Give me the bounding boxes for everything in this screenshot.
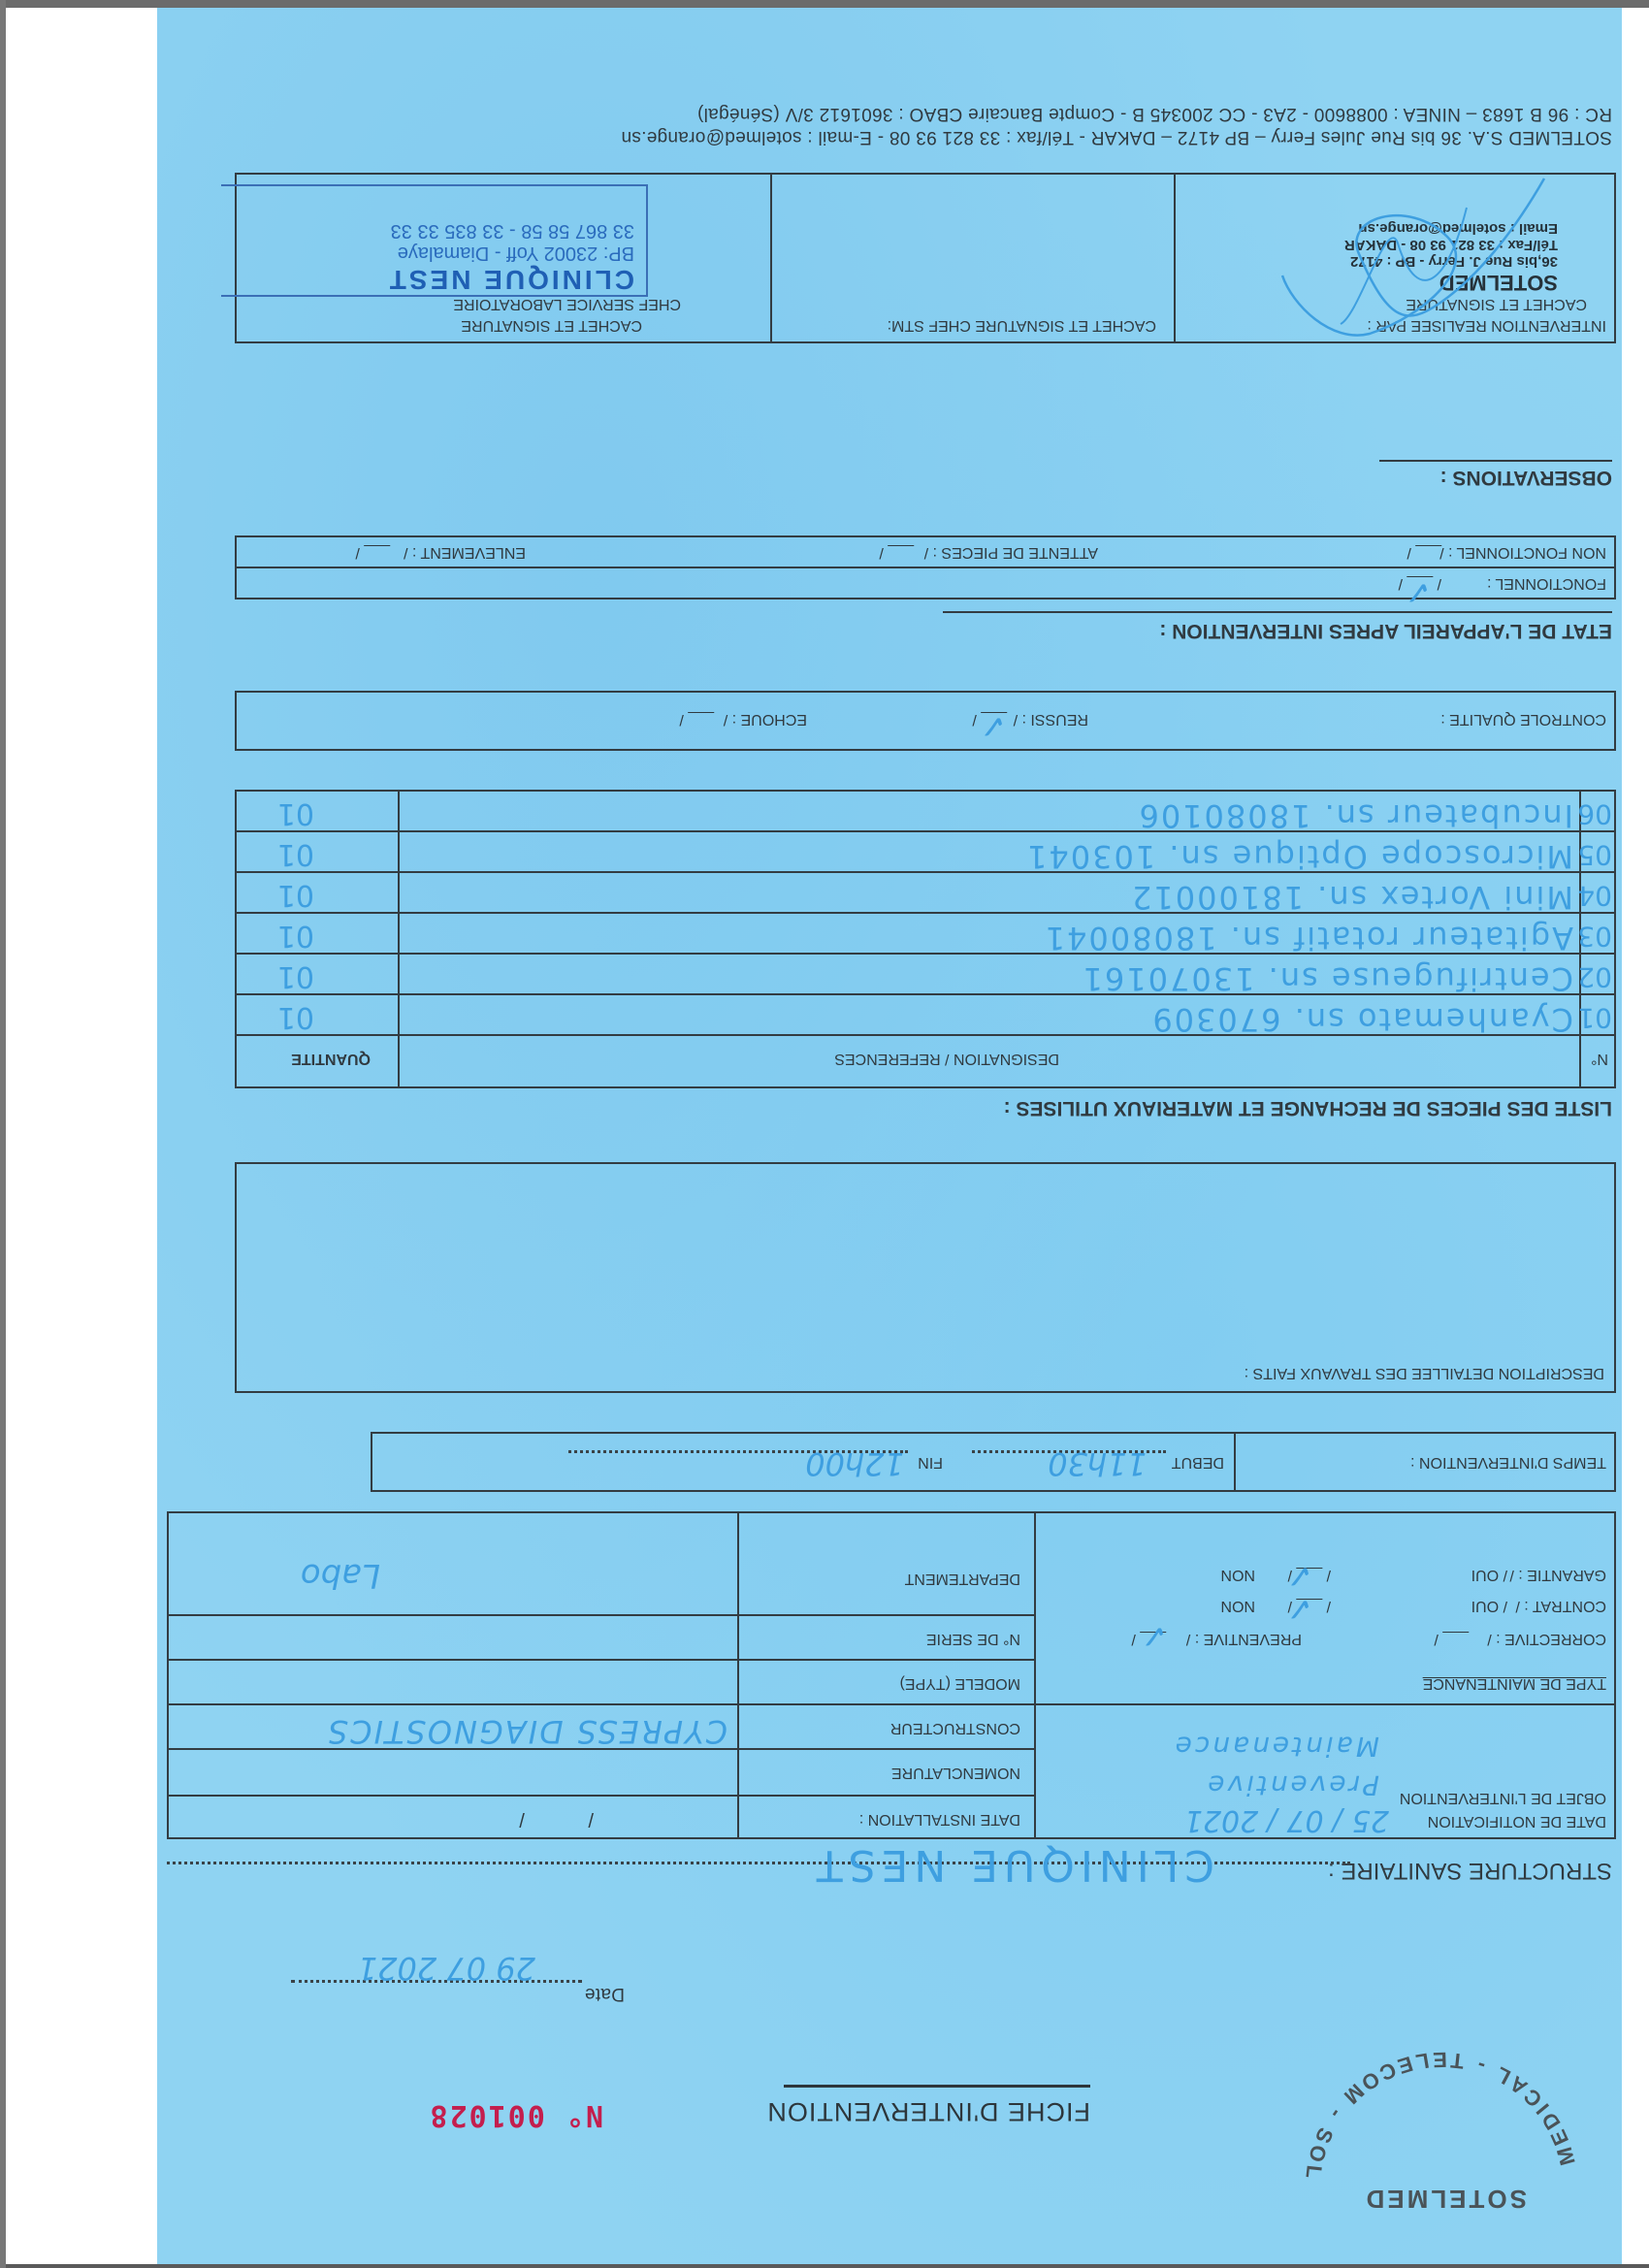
row-number: 01 — [1577, 1002, 1612, 1034]
logo-brand: SOTELMED — [1364, 2184, 1527, 2214]
preventive-check-icon: ✓ — [1141, 1616, 1169, 1655]
scan-edge — [0, 0, 6, 2268]
objet-label: OBJET DE L'INTERVENTION — [1400, 1789, 1606, 1806]
contrat-oui[interactable]: / OUI — [1471, 1597, 1507, 1614]
row-divider — [167, 1659, 1036, 1661]
garantie-non-check-icon: ✓ — [1286, 1556, 1314, 1595]
row-quantite[interactable]: 01 — [277, 878, 314, 912]
date-notification-label: DATE DE NOTIFICATION — [1428, 1812, 1606, 1830]
row-number: 02 — [1577, 961, 1612, 993]
contrat-non: NON — [1220, 1597, 1255, 1614]
etat-label: ETAT DE L'APPAREIL APRES INTERVENTION : — [1159, 619, 1612, 642]
col-divider — [1174, 173, 1176, 343]
svg-text:MEDICAL - TELECOM - SOLAIRE: MEDICAL - TELECOM - SOLAIRE — [1301, 2048, 1616, 2247]
row-quantite[interactable]: 01 — [277, 837, 314, 871]
garantie-label: GARANTIE : / — [1509, 1566, 1606, 1583]
row-designation[interactable]: Microscope Optique sn. 103041 — [1025, 838, 1573, 875]
controle-box — [235, 691, 1616, 751]
contrat-label: CONTRAT : / — [1515, 1597, 1606, 1614]
description-box[interactable] — [235, 1162, 1616, 1393]
contrat-non-check-icon: ✓ — [1286, 1589, 1314, 1628]
row-divider — [235, 1034, 1616, 1036]
row-quantite[interactable]: 01 — [277, 919, 314, 953]
row-divider — [235, 567, 1616, 568]
fonctionnel-label: FONCTIONNEL : — [1487, 574, 1606, 592]
date-label: Date — [585, 1983, 625, 2004]
nomenclature-label: NOMENCLATURE — [891, 1764, 1020, 1781]
intervention-form: MEDICAL - TELECOM - SOLAIRE SOTELMED FIC… — [157, 8, 1622, 2264]
row-quantite[interactable]: 01 — [277, 1000, 314, 1034]
row-divider — [167, 1703, 1616, 1705]
scanned-page: MEDICAL - TELECOM - SOLAIRE SOTELMED FIC… — [0, 0, 1649, 2268]
row-number: 06 — [1577, 798, 1612, 830]
chef-stm-label: CACHET ET SIGNATURE CHEF STM: — [888, 316, 1156, 334]
col-divider — [398, 790, 400, 1088]
sotelmed-logo: MEDICAL - TELECOM - SOLAIRE SOTELMED — [1267, 1965, 1616, 2247]
row-designation[interactable]: Agitateur rotatif sn. 18080041 — [1044, 920, 1573, 956]
row-divider — [235, 912, 1616, 914]
reussi-label: REUSSI : / — [1014, 710, 1088, 728]
col-header-no: N° — [1591, 1050, 1608, 1067]
row-designation[interactable]: Cyanhemato sn. 670309 — [1150, 1001, 1573, 1038]
row-divider — [235, 953, 1616, 955]
row-quantite[interactable]: 01 — [277, 796, 314, 830]
row-quantite[interactable]: 01 — [277, 959, 314, 993]
fin-label: FIN — [918, 1453, 943, 1471]
scan-edge — [0, 2264, 1649, 2268]
date-value[interactable]: 29 07 2021 — [358, 1950, 535, 1987]
row-designation[interactable]: Centrifugeuse sn. 13070161 — [1082, 960, 1573, 997]
col-divider — [1234, 1432, 1236, 1492]
footer-line-2: RC : 96 B 1683 – NINEA : 0088600 - 2A3 -… — [697, 103, 1612, 124]
number-value: 001028 — [428, 2098, 544, 2132]
col-header-designation: DESIGNATION / REFERENCES — [834, 1050, 1059, 1067]
row-designation[interactable]: Incubateur sn. 18080106 — [1137, 797, 1573, 834]
row-designation[interactable]: Mini Vortex sn. 18100012 — [1130, 879, 1573, 916]
non-fonctionnel-label: NON FONCTIONNEL : / — [1439, 543, 1606, 561]
date-installation-value[interactable]: / / — [490, 1807, 594, 1830]
debut-label: DEBUT — [1172, 1453, 1224, 1471]
attente-slot[interactable]: ___ / — [879, 543, 914, 561]
structure-label: STRUCTURE SANITAIRE : — [1328, 1857, 1612, 1884]
controle-label: CONTROLE QUALITE : — [1440, 710, 1606, 728]
row-number: 05 — [1577, 839, 1612, 871]
departement-value[interactable]: Labo — [301, 1556, 380, 1595]
title-underline — [784, 2085, 1090, 2088]
row-divider — [167, 1614, 1036, 1616]
maintenance-type-label: TYPE DE MAINTENANCE — [1423, 1674, 1606, 1692]
row-number: 04 — [1577, 880, 1612, 912]
form-number: N° 001028 — [428, 2098, 603, 2132]
serie-label: N° DE SERIE — [926, 1630, 1020, 1647]
echoue-label: ECHOUE : / — [724, 710, 807, 728]
col-divider — [737, 1511, 739, 1839]
garantie-non: NON — [1220, 1566, 1255, 1583]
etat-underline — [943, 611, 1612, 613]
enlevement-label: ENLEVEMENT : / — [404, 543, 526, 561]
constructeur-value[interactable]: CYPRESS DIAGNOSTICS — [326, 1713, 727, 1750]
labo-label-2: CHEF SERVICE LABORATOIRE — [453, 295, 681, 312]
row-divider — [235, 871, 1616, 873]
enlevement-slot[interactable]: ___ / — [355, 543, 390, 561]
footer-line-1: SOTELMED S.A. 36 bis Rue Jules Ferry – B… — [621, 126, 1612, 147]
date-notification-value[interactable]: 25 / 07 / 2021 — [1184, 1803, 1389, 1837]
structure-value[interactable]: CLINIQUE NEST — [811, 1840, 1214, 1890]
reussi-check-icon: ✓ — [980, 706, 1008, 745]
labo-label-1: CACHET ET SIGNATURE — [461, 316, 642, 334]
echoue-slot[interactable]: ___ / — [679, 710, 714, 728]
observations-label: OBSERVATIONS : — [1440, 466, 1612, 489]
date-installation-label: DATE INSTALLATION : — [859, 1810, 1020, 1828]
corrective-slot[interactable]: ___ / — [1434, 1630, 1469, 1647]
row-number: 03 — [1577, 921, 1612, 953]
fonctionnel-check-icon: ✓ — [1405, 572, 1433, 611]
preventive-label: PREVENTIVE : / — [1186, 1630, 1302, 1647]
row-divider — [167, 1795, 1036, 1797]
scan-edge — [0, 0, 1649, 8]
col-divider — [770, 173, 772, 343]
garantie-oui[interactable]: / OUI — [1471, 1566, 1507, 1583]
temps-label: TEMPS D'INTERVENTION : — [1410, 1453, 1606, 1471]
departement-label: DEPARTEMENT — [905, 1570, 1020, 1587]
objet-value[interactable]: Preventive Maintenance — [1088, 1727, 1379, 1804]
modele-label: MODELE (TYPE) — [900, 1674, 1020, 1692]
signature-scribble-icon — [1273, 159, 1583, 343]
observations-underline — [1379, 460, 1612, 462]
debut-value[interactable]: 11h30 — [1048, 1445, 1147, 1482]
fin-value[interactable]: 12h00 — [805, 1445, 904, 1482]
col-header-quantite: QUANTITE — [291, 1050, 371, 1067]
non-fonctionnel-slot[interactable]: ___ / — [1406, 543, 1441, 561]
col-divider — [1034, 1511, 1036, 1839]
row-divider — [235, 993, 1616, 995]
pieces-label: LISTE DES PIECES DE RECHANGE ET MATERIAU… — [1004, 1096, 1612, 1119]
attente-label: ATTENTE DE PIECES : / — [924, 543, 1098, 561]
constructeur-label: CONSTRUCTEUR — [890, 1719, 1020, 1736]
row-divider — [235, 830, 1616, 832]
row-divider — [235, 790, 1616, 792]
form-title: FICHE D'INTERVENTION — [766, 2096, 1090, 2126]
number-label: N° — [565, 2098, 603, 2132]
clinic-stamp: CLINIQUE NEST BP: 23002 Yoff - Diamalaye… — [221, 184, 648, 297]
corrective-label: CORRECTIVE : / — [1487, 1630, 1606, 1647]
description-label: DESCRIPTION DETAILLEE DES TRAVAUX FAITS … — [1245, 1364, 1604, 1381]
